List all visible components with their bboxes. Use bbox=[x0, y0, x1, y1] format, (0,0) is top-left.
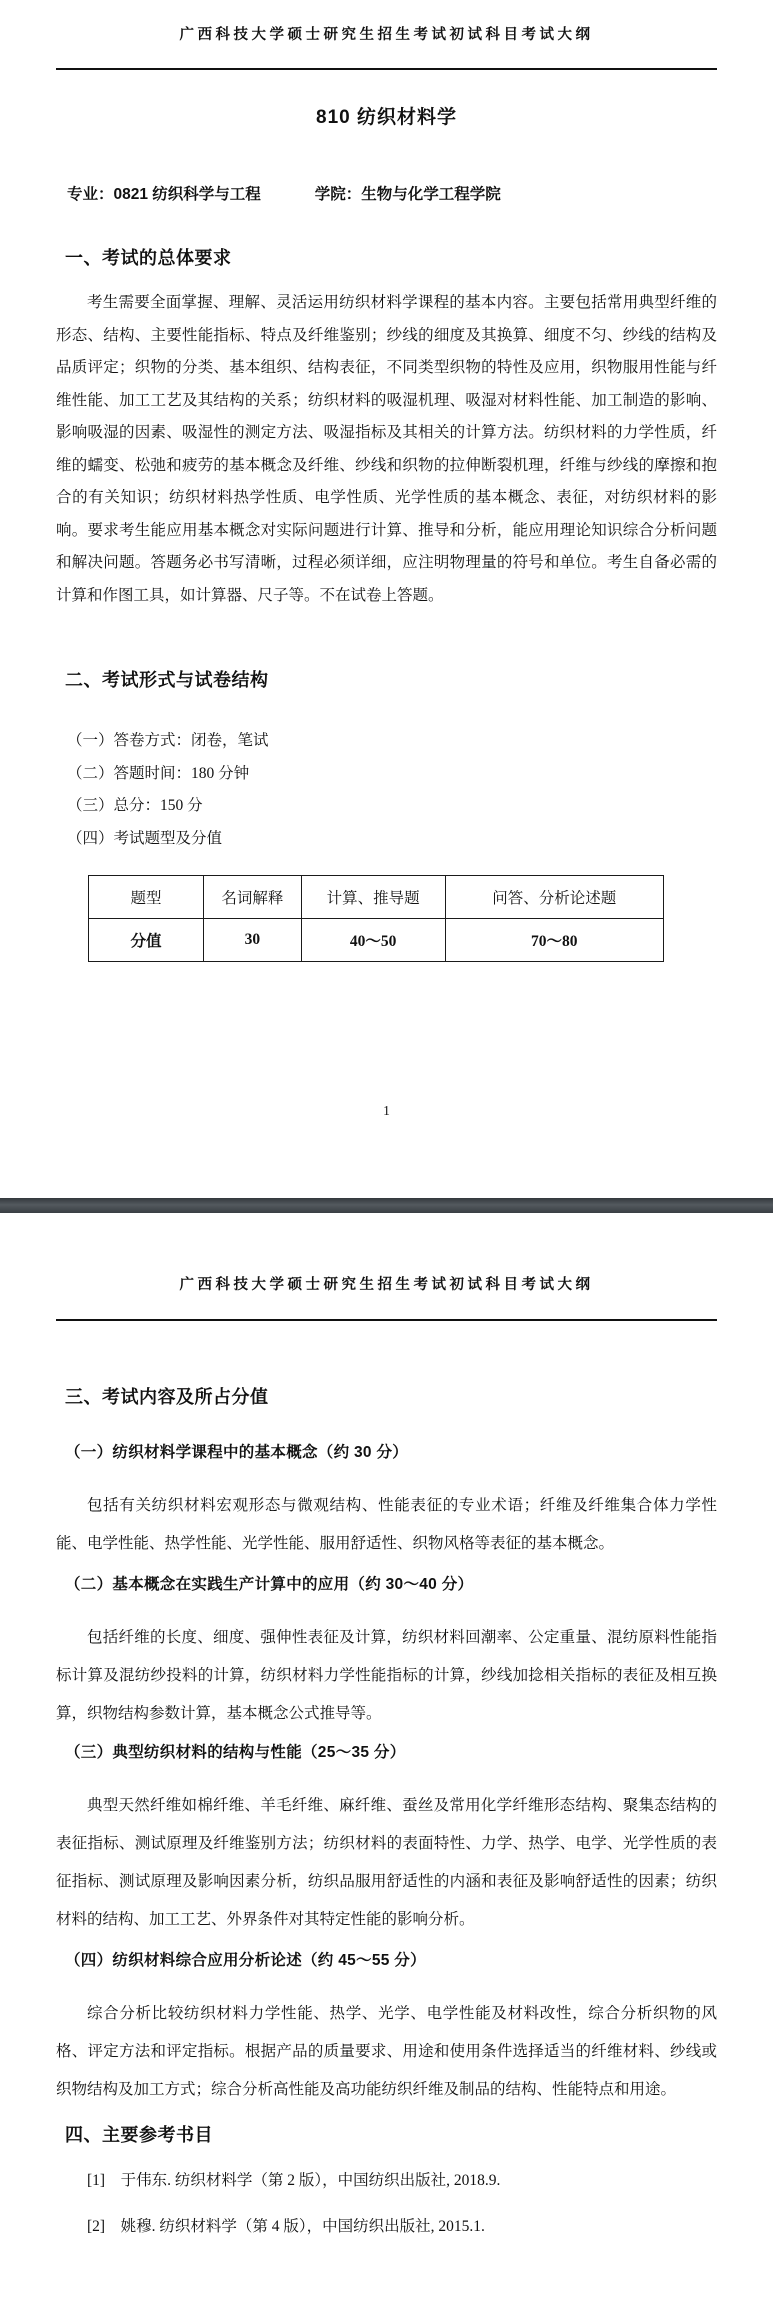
section3-heading: 三、考试内容及所占分值 bbox=[65, 1387, 717, 1408]
section1-body: 考生需要全面掌握、理解、灵活运用纺织材料学课程的基本内容。主要包括常用典型纤维的… bbox=[56, 287, 717, 612]
table-cell-term-explanation: 名词解释 bbox=[204, 876, 302, 919]
reference-list: [1] 于伟东. 纺织材料学（第 2 版），中国纺织出版社, 2018.9. [… bbox=[56, 2170, 717, 2238]
college-label: 学院：生物与化学工程学院 bbox=[315, 185, 501, 204]
major-label: 专业：0821 纺织科学与工程 bbox=[67, 185, 261, 204]
program-info-row: 专业：0821 纺织科学与工程 学院：生物与化学工程学院 bbox=[56, 185, 717, 204]
reference-item-1: [1] 于伟东. 纺织材料学（第 2 版），中国纺织出版社, 2018.9. bbox=[56, 2170, 717, 2192]
subsection4-heading: （四）纺织材料综合应用分析论述（约 45～55 分） bbox=[65, 1951, 717, 1971]
section4-heading: 四、主要参考书目 bbox=[65, 2125, 717, 2146]
table-cell-question-type: 题型 bbox=[89, 876, 204, 919]
exam-format-list: （一）答卷方式：闭卷，笔试 （二）答题时间：180 分钟 （三）总分：150 分… bbox=[67, 725, 717, 855]
score-table: 题型 名词解释 计算、推导题 问答、分析论述题 分值 30 40～50 70～8… bbox=[88, 875, 664, 962]
subsection2-heading: （二）基本概念在实践生产计算中的应用（约 30～40 分） bbox=[65, 1575, 717, 1595]
document-header: 广西科技大学硕士研究生招生考试初试科目考试大纲 bbox=[56, 0, 717, 45]
page-2: 广西科技大学硕士研究生招生考试初试科目考试大纲 三、考试内容及所占分值 （一）纺… bbox=[0, 1213, 773, 2306]
header-rule bbox=[56, 68, 717, 70]
reference-item-2: [2] 姚穆. 纺织材料学（第 4 版），中国纺织出版社, 2015.1. bbox=[56, 2216, 717, 2238]
table-value-row: 分值 30 40～50 70～80 bbox=[89, 919, 664, 962]
subsection4-body: 综合分析比较纺织材料力学性能、热学、光学、电学性能及材料改性，综合分析织物的风格… bbox=[56, 1995, 717, 2109]
subsection2-body: 包括纤维的长度、细度、强伸性表征及计算，纺织材料回潮率、公定重量、混纺原料性能指… bbox=[56, 1619, 717, 1733]
subsection1-body: 包括有关纺织材料宏观形态与微观结构、性能表征的专业术语；纤维及纤维集合体力学性能… bbox=[56, 1487, 717, 1563]
table-header-row: 题型 名词解释 计算、推导题 问答、分析论述题 bbox=[89, 876, 664, 919]
course-title: 810 纺织材料学 bbox=[56, 106, 717, 130]
document-header: 广西科技大学硕士研究生招生考试初试科目考试大纲 bbox=[56, 1213, 717, 1295]
header-rule bbox=[56, 1319, 717, 1321]
subsection3-body: 典型天然纤维如棉纤维、羊毛纤维、麻纤维、蚕丝及常用化学纤维形态结构、聚集态结构的… bbox=[56, 1787, 717, 1939]
table-cell-score-3: 70～80 bbox=[445, 919, 664, 962]
page-1: 广西科技大学硕士研究生招生考试初试科目考试大纲 810 纺织材料学 专业：082… bbox=[0, 0, 773, 1198]
table-cell-score-label: 分值 bbox=[89, 919, 204, 962]
table-cell-score-1: 30 bbox=[204, 919, 302, 962]
table-cell-calculation: 计算、推导题 bbox=[301, 876, 445, 919]
subsection1-heading: （一）纺织材料学课程中的基本概念（约 30 分） bbox=[65, 1443, 717, 1463]
section2-heading: 二、考试形式与试卷结构 bbox=[65, 670, 717, 691]
table-cell-score-2: 40～50 bbox=[301, 919, 445, 962]
page-number: 1 bbox=[56, 1102, 717, 1120]
question-types-item: （四）考试题型及分值 bbox=[67, 823, 717, 856]
answer-time-item: （二）答题时间：180 分钟 bbox=[67, 758, 717, 791]
page-break-bar bbox=[0, 1198, 773, 1213]
subsection3-heading: （三）典型纺织材料的结构与性能（25～35 分） bbox=[65, 1743, 717, 1763]
table-cell-essay: 问答、分析论述题 bbox=[445, 876, 664, 919]
answer-mode-item: （一）答卷方式：闭卷，笔试 bbox=[67, 725, 717, 758]
total-score-item: （三）总分：150 分 bbox=[67, 790, 717, 823]
section1-heading: 一、考试的总体要求 bbox=[65, 248, 717, 269]
